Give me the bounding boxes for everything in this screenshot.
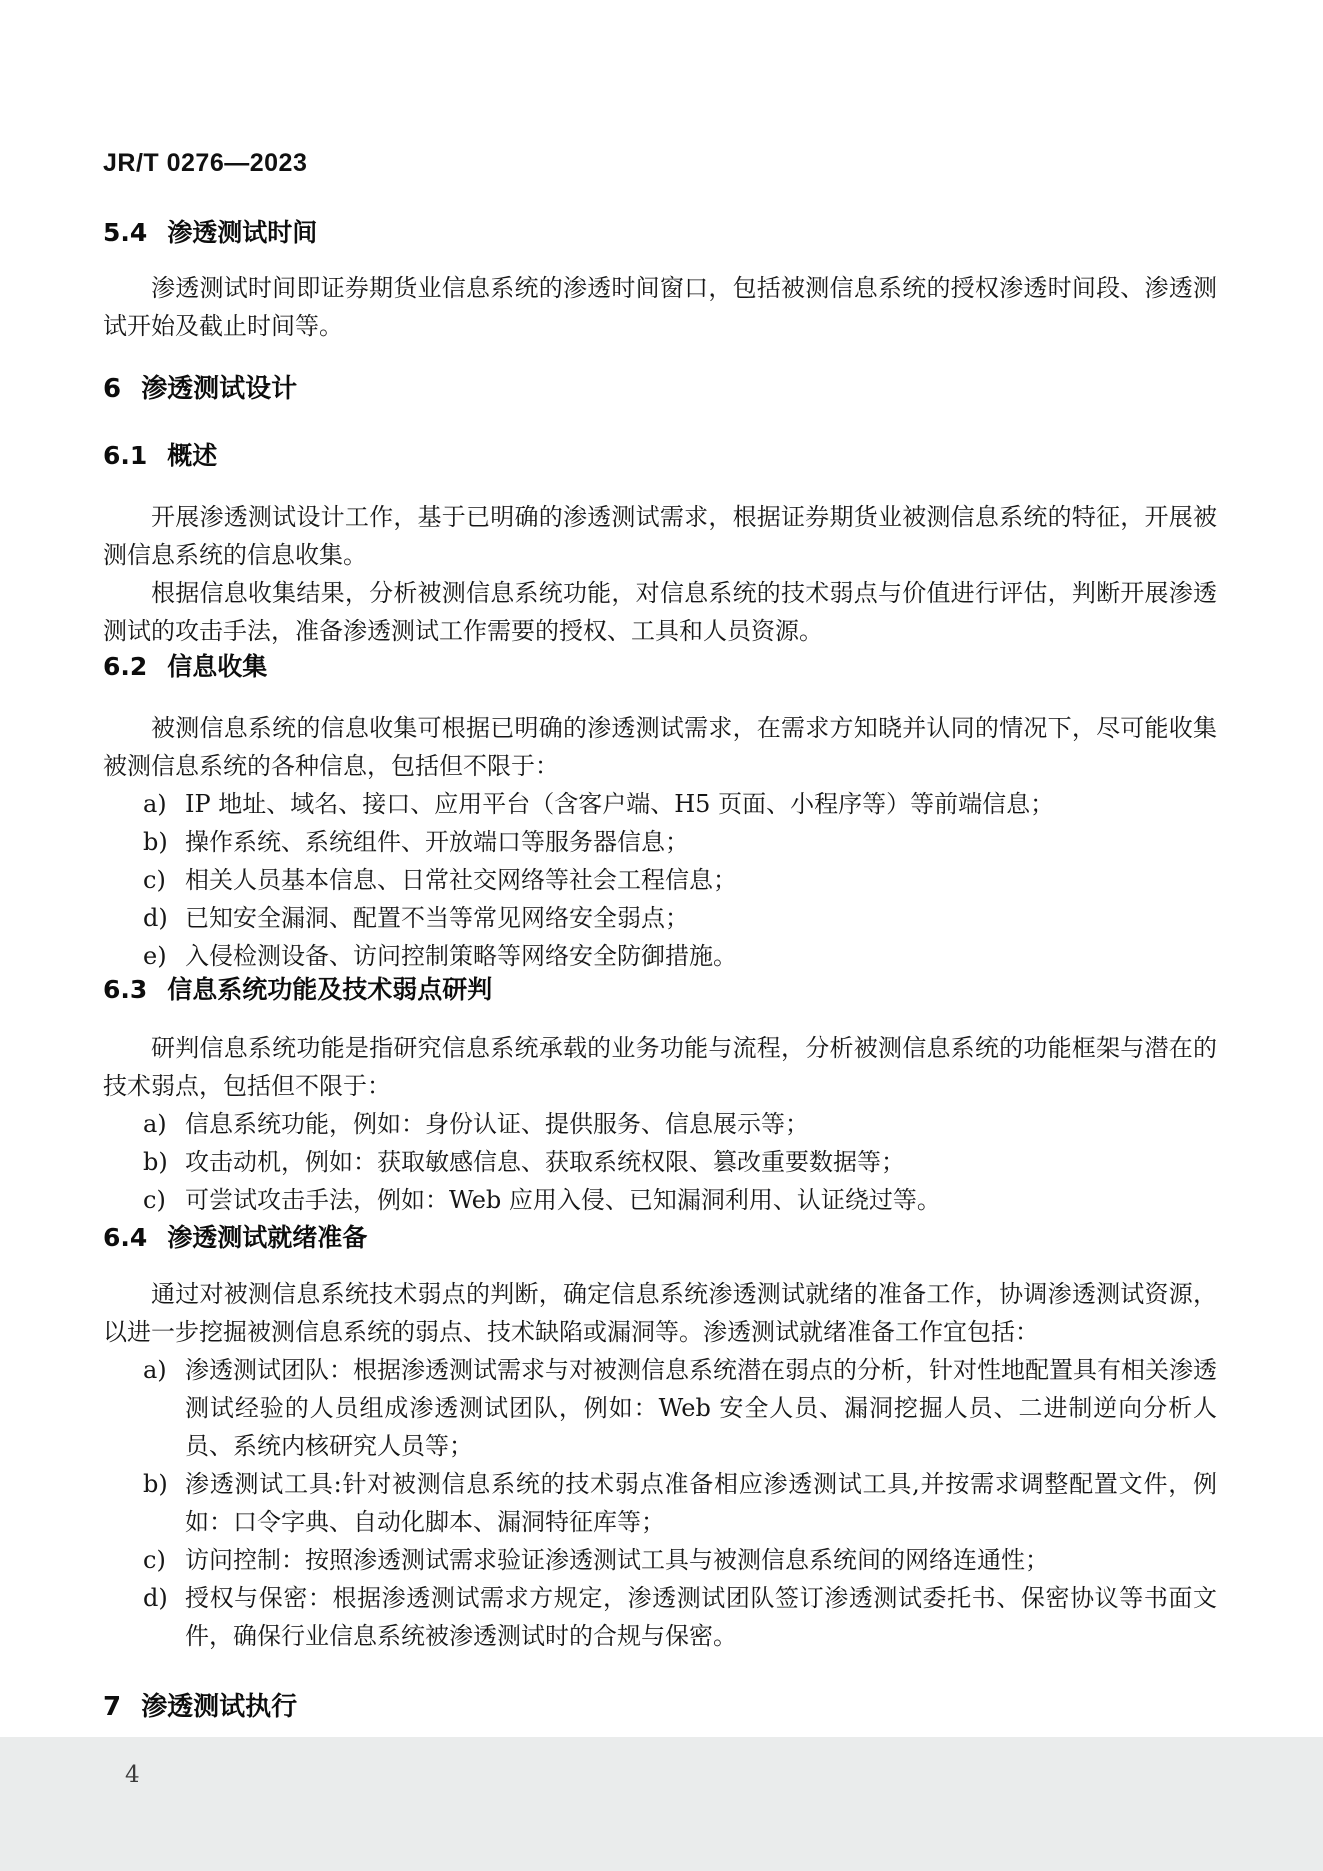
list-item-text: 相关人员基本信息、日常社交网络等社会工程信息； (185, 861, 1217, 899)
list-item: a) 信息系统功能，例如：身份认证、提供服务、信息展示等； (103, 1105, 1217, 1143)
page-number: 4 (125, 1761, 140, 1789)
list-item-marker: c) (143, 1181, 185, 1219)
list-item: b) 渗透测试工具:针对被测信息系统的技术弱点准备相应渗透测试工具,并按需求调整… (103, 1465, 1217, 1541)
section-6-1-heading: 6.1概述 (103, 441, 1217, 471)
list-item: c) 相关人员基本信息、日常社交网络等社会工程信息； (103, 861, 1217, 899)
list-item-text: 可尝试攻击手法，例如：Web 应用入侵、已知漏洞利用、认证绕过等。 (185, 1181, 1217, 1219)
section-5-4-number: 5.4 (103, 218, 147, 247)
list-item: c) 访问控制：按照渗透测试需求验证渗透测试工具与被测信息系统间的网络连通性； (103, 1541, 1217, 1579)
section-6-2-heading: 6.2信息收集 (103, 652, 1217, 682)
list-item: a) IP 地址、域名、接口、应用平台（含客户端、H5 页面、小程序等）等前端信… (103, 785, 1217, 823)
section-6-2-title: 信息收集 (167, 652, 267, 681)
section-6-3-list: a) 信息系统功能，例如：身份认证、提供服务、信息展示等； b) 攻击动机，例如… (103, 1105, 1217, 1219)
section-6-number: 6 (103, 374, 121, 404)
list-item: d) 授权与保密：根据渗透测试需求方规定，渗透测试团队签订渗透测试委托书、保密协… (103, 1579, 1217, 1655)
section-6-3-number: 6.3 (103, 975, 147, 1004)
list-item-text: 操作系统、系统组件、开放端口等服务器信息； (185, 823, 1217, 861)
section-6-1-paragraph-2: 根据信息收集结果，分析被测信息系统功能，对信息系统的技术弱点与价值进行评估，判断… (103, 574, 1217, 650)
list-item-marker: b) (143, 1465, 185, 1541)
section-6-1-paragraph-1: 开展渗透测试设计工作，基于已明确的渗透测试需求，根据证券期货业被测信息系统的特征… (103, 498, 1217, 574)
list-item-marker: a) (143, 1351, 185, 1465)
section-6-2-list: a) IP 地址、域名、接口、应用平台（含客户端、H5 页面、小程序等）等前端信… (103, 785, 1217, 975)
section-6-3-heading: 6.3信息系统功能及技术弱点研判 (103, 975, 1217, 1005)
list-item-marker: d) (143, 899, 185, 937)
list-item-text: 授权与保密：根据渗透测试需求方规定，渗透测试团队签订渗透测试委托书、保密协议等书… (185, 1579, 1217, 1655)
section-6-3-title: 信息系统功能及技术弱点研判 (167, 975, 492, 1004)
list-item: b) 攻击动机，例如：获取敏感信息、获取系统权限、篡改重要数据等； (103, 1143, 1217, 1181)
section-6-4-title: 渗透测试就绪准备 (167, 1223, 367, 1252)
list-item-marker: a) (143, 785, 185, 823)
doc-number: JR/T 0276—2023 (103, 148, 1217, 178)
section-6-4-list: a) 渗透测试团队：根据渗透测试需求与对被测信息系统潜在弱点的分析，针对性地配置… (103, 1351, 1217, 1655)
section-7-number: 7 (103, 1692, 121, 1722)
list-item: a) 渗透测试团队：根据渗透测试需求与对被测信息系统潜在弱点的分析，针对性地配置… (103, 1351, 1217, 1465)
list-item-text: 已知安全漏洞、配置不当等常见网络安全弱点； (185, 899, 1217, 937)
list-item-text: 入侵检测设备、访问控制策略等网络安全防御措施。 (185, 937, 1217, 975)
section-5-4-heading: 5.4渗透测试时间 (103, 218, 1217, 248)
section-6-heading: 6渗透测试设计 (103, 373, 1217, 405)
section-6-2-paragraph: 被测信息系统的信息收集可根据已明确的渗透测试需求，在需求方知晓并认同的情况下，尽… (103, 709, 1217, 785)
section-6-title: 渗透测试设计 (141, 374, 297, 404)
list-item-text: 访问控制：按照渗透测试需求验证渗透测试工具与被测信息系统间的网络连通性； (185, 1541, 1217, 1579)
list-item-marker: a) (143, 1105, 185, 1143)
section-6-1-title: 概述 (167, 441, 217, 470)
section-6-2-number: 6.2 (103, 652, 147, 681)
list-item-marker: c) (143, 861, 185, 899)
section-6-4-heading: 6.4渗透测试就绪准备 (103, 1223, 1217, 1253)
list-item-text: IP 地址、域名、接口、应用平台（含客户端、H5 页面、小程序等）等前端信息； (185, 785, 1217, 823)
list-item-marker: c) (143, 1541, 185, 1579)
list-item: e) 入侵检测设备、访问控制策略等网络安全防御措施。 (103, 937, 1217, 975)
section-6-4-paragraph: 通过对被测信息系统技术弱点的判断，确定信息系统渗透测试就绪的准备工作，协调渗透测… (103, 1275, 1217, 1351)
page-footer: 4 (0, 1737, 1323, 1871)
section-5-4-paragraph: 渗透测试时间即证券期货业信息系统的渗透时间窗口，包括被测信息系统的授权渗透时间段… (103, 269, 1217, 345)
section-6-3-paragraph: 研判信息系统功能是指研究信息系统承载的业务功能与流程，分析被测信息系统的功能框架… (103, 1029, 1217, 1105)
list-item-text: 攻击动机，例如：获取敏感信息、获取系统权限、篡改重要数据等； (185, 1143, 1217, 1181)
list-item: b) 操作系统、系统组件、开放端口等服务器信息； (103, 823, 1217, 861)
list-item-marker: e) (143, 937, 185, 975)
list-item-text: 信息系统功能，例如：身份认证、提供服务、信息展示等； (185, 1105, 1217, 1143)
section-6-4-number: 6.4 (103, 1223, 147, 1252)
list-item-text: 渗透测试团队：根据渗透测试需求与对被测信息系统潜在弱点的分析，针对性地配置具有相… (185, 1351, 1217, 1465)
section-5-4-title: 渗透测试时间 (167, 218, 317, 247)
list-item-text: 渗透测试工具:针对被测信息系统的技术弱点准备相应渗透测试工具,并按需求调整配置文… (185, 1465, 1217, 1541)
list-item-marker: b) (143, 1143, 185, 1181)
section-7-title: 渗透测试执行 (141, 1692, 297, 1722)
document-page: JR/T 0276—2023 5.4渗透测试时间 渗透测试时间即证券期货业信息系… (0, 0, 1323, 1871)
list-item-marker: d) (143, 1579, 185, 1655)
list-item: c) 可尝试攻击手法，例如：Web 应用入侵、已知漏洞利用、认证绕过等。 (103, 1181, 1217, 1219)
list-item-marker: b) (143, 823, 185, 861)
section-7-heading: 7渗透测试执行 (103, 1691, 1217, 1723)
section-6-1-number: 6.1 (103, 441, 147, 470)
list-item: d) 已知安全漏洞、配置不当等常见网络安全弱点； (103, 899, 1217, 937)
